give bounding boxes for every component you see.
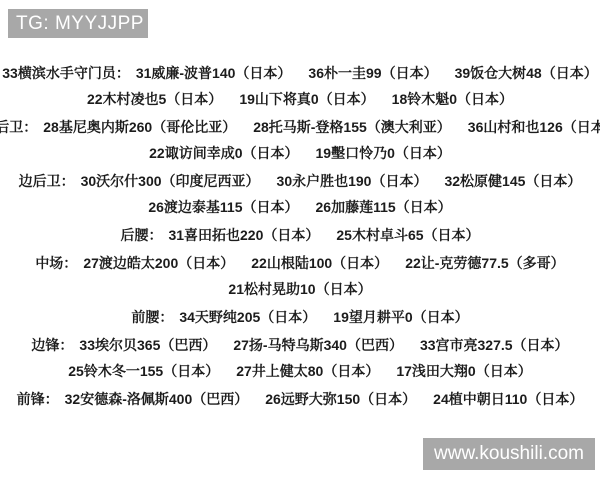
roster-line: 后腰： 31喜田拓也220（日本） 25木村卓斗65（日本） — [0, 222, 600, 248]
player-entry: 19望月耕平0（日本） — [333, 304, 468, 330]
roster-line: 21松村晃助10（日本） — [0, 276, 600, 302]
roster-section-goalkeepers: 33横滨水手守门员： 31威廉-波普140（日本） 36朴一圭99（日本） 39… — [0, 60, 600, 112]
position-label: 后腰： — [120, 222, 162, 248]
player-entry: 19山下将真0（日本） — [239, 86, 374, 112]
position-label: 边锋： — [31, 332, 73, 358]
player-entry: 19墼口怜乃0（日本） — [316, 140, 451, 166]
roster-line: 边锋： 33埃尔贝365（巴西） 27扬-马特乌斯340（巴西） 33宫市亮32… — [0, 332, 600, 358]
player-entry: 24植中朝日110（日本） — [433, 386, 583, 412]
player-entry: 32安德森-洛佩斯400（巴西） — [65, 386, 249, 412]
roster-line: 25铃木冬一155（日本） 27井上健太80（日本） 17浅田大翔0（日本） — [0, 358, 600, 384]
roster-section-midfield: 中场： 27渡边皓太200（日本） 22山根陆100（日本） 22让-克劳德77… — [0, 250, 600, 302]
player-entry: 22木村凌也5（日本） — [87, 86, 222, 112]
position-label: 中场： — [35, 250, 77, 276]
roster-line: 前锋： 32安德森-洛佩斯400（巴西） 26远野大弥150（日本） 24植中朝… — [0, 386, 600, 412]
roster-line: 前腰： 34天野纯205（日本） 19望月耕平0（日本） — [0, 304, 600, 330]
roster-section-wingers: 边锋： 33埃尔贝365（巴西） 27扬-马特乌斯340（巴西） 33宫市亮32… — [0, 332, 600, 384]
watermark: www.koushili.com — [423, 438, 595, 470]
roster-section-center-backs: 中后卫： 28基尼奥内斯260（哥伦比亚） 28托马斯-登格155（澳大利亚） … — [0, 114, 600, 166]
watermark-url-label: www.koushili.com — [434, 443, 584, 464]
roster-line: 中后卫： 28基尼奥内斯260（哥伦比亚） 28托马斯-登格155（澳大利亚） … — [0, 114, 600, 140]
position-label: 中后卫： — [0, 114, 37, 140]
player-entry: 22诹访间幸成0（日本） — [149, 140, 298, 166]
roster-section-defensive-midfield: 后腰： 31喜田拓也220（日本） 25木村卓斗65（日本） — [0, 222, 600, 248]
roster-line: 26渡边泰基115（日本） 26加藤莲115（日本） — [0, 194, 600, 220]
position-label: 33横滨水手守门员： — [2, 60, 130, 86]
team-roster: 33横滨水手守门员： 31威廉-波普140（日本） 36朴一圭99（日本） 39… — [0, 60, 600, 414]
player-entry: 17浅田大翔0（日本） — [396, 358, 531, 384]
player-entry: 30永户胜也190（日本） — [277, 168, 428, 194]
player-entry: 27井上健太80（日本） — [236, 358, 379, 384]
roster-section-full-backs: 边后卫： 30沃尔什300（印度尼西亚） 30永户胜也190（日本） 32松原健… — [0, 168, 600, 220]
roster-line: 22木村凌也5（日本） 19山下将真0（日本） 18铃木魁0（日本） — [0, 86, 600, 112]
player-entry: 34天野纯205（日本） — [179, 304, 316, 330]
roster-line: 中场： 27渡边皓太200（日本） 22山根陆100（日本） 22让-克劳德77… — [0, 250, 600, 276]
tg-channel-banner: TG: MYYJJPP — [8, 9, 148, 38]
player-entry: 28基尼奥内斯260（哥伦比亚） — [43, 114, 236, 140]
player-entry: 26渡边泰基115（日本） — [148, 194, 298, 220]
player-entry: 27扬-马特乌斯340（巴西） — [233, 332, 403, 358]
player-entry: 26远野大弥150（日本） — [265, 386, 416, 412]
player-entry: 36山村和也126（日本） — [468, 114, 600, 140]
player-entry: 32松原健145（日本） — [444, 168, 581, 194]
position-label: 前锋： — [17, 386, 59, 412]
roster-line: 22诹访间幸成0（日本） 19墼口怜乃0（日本） — [0, 140, 600, 166]
roster-section-forwards: 前锋： 32安德森-洛佩斯400（巴西） 26远野大弥150（日本） 24植中朝… — [0, 386, 600, 412]
position-label: 边后卫： — [19, 168, 75, 194]
player-entry: 39饭仓大树48（日本） — [455, 60, 598, 86]
player-entry: 22山根陆100（日本） — [251, 250, 388, 276]
player-entry: 25铃木冬一155（日本） — [68, 358, 219, 384]
player-entry: 31喜田拓也220（日本） — [168, 222, 319, 248]
player-entry: 25木村卓斗65（日本） — [336, 222, 479, 248]
roster-section-attacking-midfield: 前腰： 34天野纯205（日本） 19望月耕平0（日本） — [0, 304, 600, 330]
roster-line: 33横滨水手守门员： 31威廉-波普140（日本） 36朴一圭99（日本） 39… — [0, 60, 600, 86]
position-label: 前腰： — [131, 304, 173, 330]
player-entry: 36朴一圭99（日本） — [308, 60, 437, 86]
player-entry: 26加藤莲115（日本） — [316, 194, 452, 220]
player-entry: 30沃尔什300（印度尼西亚） — [81, 168, 260, 194]
player-entry: 18铃木魁0（日本） — [392, 86, 513, 112]
tg-channel-label: TG: MYYJJPP — [16, 13, 144, 34]
player-entry: 33埃尔贝365（巴西） — [79, 332, 216, 358]
player-entry: 22让-克劳德77.5（多哥） — [405, 250, 564, 276]
player-entry: 33宫市亮327.5（日本） — [420, 332, 569, 358]
player-entry: 31威廉-波普140（日本） — [136, 60, 292, 86]
roster-line: 边后卫： 30沃尔什300（印度尼西亚） 30永户胜也190（日本） 32松原健… — [0, 168, 600, 194]
player-entry: 27渡边皓太200（日本） — [83, 250, 234, 276]
player-entry: 21松村晃助10（日本） — [228, 276, 371, 302]
player-entry: 28托马斯-登格155（澳大利亚） — [253, 114, 451, 140]
